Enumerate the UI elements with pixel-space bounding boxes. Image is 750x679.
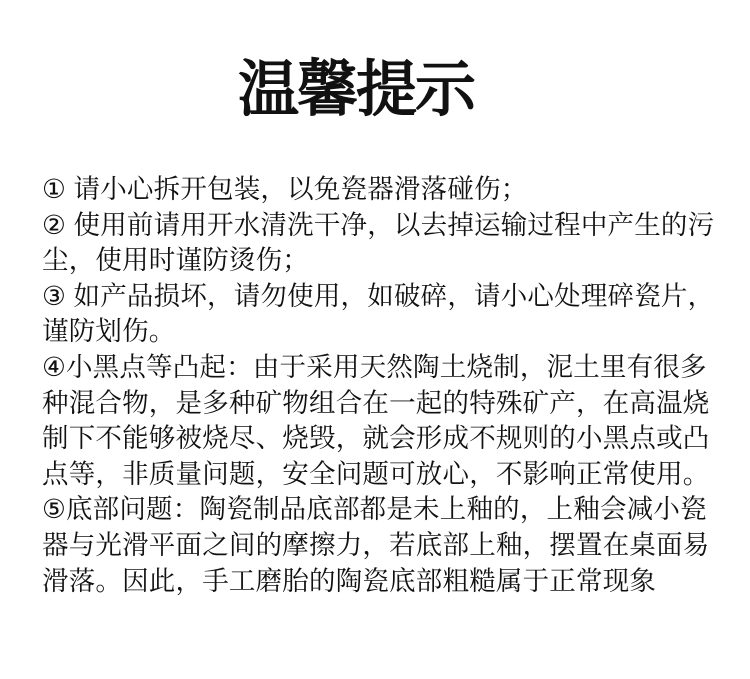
notice-item: ③ 如产品损坏，请勿使用，如破碎，请小心处理碎瓷片，谨防划伤。 bbox=[42, 279, 722, 350]
notice-item: ② 使用前请用开水清洗干净，以去掉运输过程中产生的污尘，使用时谨防烫伤； bbox=[42, 208, 722, 279]
notice-line: 器与光滑平面之间的摩擦力，若底部上釉，摆置在桌面易 bbox=[42, 528, 722, 564]
notice-line: 制下不能够被烧尽、烧毁，就会形成不规则的小黑点或凸 bbox=[42, 421, 722, 457]
notice-line: ① 请小心拆开包装，以免瓷器滑落碰伤； bbox=[42, 172, 722, 208]
notice-line: ⑤底部问题：陶瓷制品底部都是未上釉的，上釉会减小瓷 bbox=[42, 492, 722, 528]
notice-line: 尘，使用时谨防烫伤； bbox=[42, 243, 722, 279]
notice-line: ② 使用前请用开水清洗干净，以去掉运输过程中产生的污 bbox=[42, 208, 722, 244]
notice-item: ⑤底部问题：陶瓷制品底部都是未上釉的，上釉会减小瓷器与光滑平面之间的摩擦力，若底… bbox=[42, 492, 722, 599]
notice-line: 谨防划伤。 bbox=[42, 314, 722, 350]
notice-line: ③ 如产品损坏，请勿使用，如破碎，请小心处理碎瓷片， bbox=[42, 279, 722, 315]
notice-line: 种混合物，是多种矿物组合在一起的特殊矿产，在高温烧 bbox=[42, 386, 722, 422]
notice-line: ④小黑点等凸起：由于采用天然陶土烧制，泥土里有很多 bbox=[42, 350, 722, 386]
notice-body: ① 请小心拆开包装，以免瓷器滑落碰伤；② 使用前请用开水清洗干净，以去掉运输过程… bbox=[42, 172, 722, 599]
notice-item: ① 请小心拆开包装，以免瓷器滑落碰伤； bbox=[42, 172, 722, 208]
page-title: 温馨提示 bbox=[0, 54, 712, 124]
notice-card: 温馨提示 ① 请小心拆开包装，以免瓷器滑落碰伤；② 使用前请用开水清洗干净，以去… bbox=[0, 0, 750, 679]
notice-line: 点等，非质量问题，安全问题可放心，不影响正常使用。 bbox=[42, 457, 722, 493]
notice-item: ④小黑点等凸起：由于采用天然陶土烧制，泥土里有很多种混合物，是多种矿物组合在一起… bbox=[42, 350, 722, 492]
notice-line: 滑落。因此，手工磨胎的陶瓷底部粗糙属于正常现象 bbox=[42, 564, 722, 600]
